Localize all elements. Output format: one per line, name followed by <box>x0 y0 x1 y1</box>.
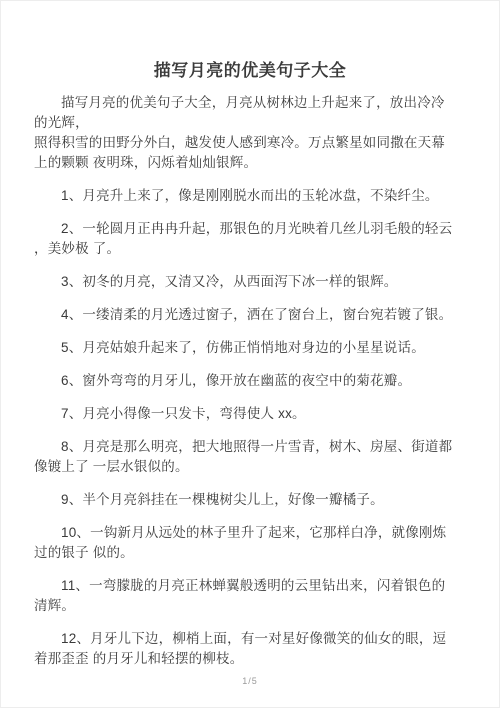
page-number-indicator: 1/5 <box>0 676 500 686</box>
text-line: 5、月亮姑娘升起来了，仿佛正悄悄地对身边的小星星说话。 <box>34 338 470 358</box>
text-line: 4、一缕清柔的月光透过窗子，洒在了窗台上，窗台宛若镀了银。 <box>34 305 470 325</box>
text-line: 12、月牙儿下边，柳梢上面，有一对星好像微笑的仙女的眼，逗 <box>34 629 470 649</box>
text-line: 3、初冬的月亮，又清又冷，从西面泻下冰一样的银辉。 <box>34 272 470 292</box>
text-line: 11、一弯朦胧的月亮正林蝉翼般透明的云里钻出来，闪着银色的 <box>34 576 470 596</box>
paragraph: 2、一轮圆月正冉冉升起，那银色的月光映着几丝儿羽毛般的轻云，美妙极 了。 <box>34 219 470 259</box>
paragraph: 8、月亮是那么明亮，把大地照得一片雪青，树木、房屋、街道都像镀上了 一层水银似的… <box>34 437 470 477</box>
text-line: 2、一轮圆月正冉冉升起，那银色的月光映着几丝儿羽毛般的轻云 <box>34 219 470 239</box>
paragraph: 6、窗外弯弯的月牙儿，像开放在幽蓝的夜空中的菊花瓣。 <box>34 371 470 391</box>
text-line: 着那歪歪 的月牙儿和轻摆的柳枝。 <box>34 649 470 669</box>
text-line: ，美妙极 了。 <box>34 239 470 259</box>
page-title: 描写月亮的优美句子大全 <box>0 0 500 81</box>
text-line: 9、半个月亮斜挂在一棵槐树尖儿上，好像一瓣橘子。 <box>34 490 470 510</box>
document-page: 描写月亮的优美句子大全 描写月亮的优美句子大全，月亮从树林边上升起来了，放出冷冷… <box>0 0 500 708</box>
paragraph: 描写月亮的优美句子大全，月亮从树林边上升起来了，放出冷冷的光辉，照得积雪的田野分… <box>34 93 470 173</box>
text-line: 6、窗外弯弯的月牙儿，像开放在幽蓝的夜空中的菊花瓣。 <box>34 371 470 391</box>
text-line: 清辉。 <box>34 596 470 616</box>
text-line: 像镀上了 一层水银似的。 <box>34 457 470 477</box>
text-line: 10、一钩新月从远处的林子里升了起来，它那样白净，就像刚炼 <box>34 523 470 543</box>
paragraph: 11、一弯朦胧的月亮正林蝉翼般透明的云里钻出来，闪着银色的清辉。 <box>34 576 470 616</box>
paragraph: 12、月牙儿下边，柳梢上面，有一对星好像微笑的仙女的眼，逗着那歪歪 的月牙儿和轻… <box>34 629 470 669</box>
paragraph: 7、月亮小得像一只发卡，弯得使人 xx。 <box>34 404 470 424</box>
text-line: 7、月亮小得像一只发卡，弯得使人 xx。 <box>34 404 470 424</box>
paragraph: 10、一钩新月从远处的林子里升了起来，它那样白净，就像刚炼过的银子 似的。 <box>34 523 470 563</box>
text-line: 过的银子 似的。 <box>34 543 470 563</box>
text-line: 描写月亮的优美句子大全，月亮从树林边上升起来了，放出冷冷 <box>34 93 470 113</box>
document-body: 描写月亮的优美句子大全，月亮从树林边上升起来了，放出冷冷的光辉，照得积雪的田野分… <box>0 81 500 669</box>
text-line: 的光辉， <box>34 113 470 133</box>
text-line: 照得积雪的田野分外白，越发使人感到寒冷。万点繁星如同撒在天幕 <box>34 133 470 153</box>
paragraph: 4、一缕清柔的月光透过窗子，洒在了窗台上，窗台宛若镀了银。 <box>34 305 470 325</box>
text-line: 8、月亮是那么明亮，把大地照得一片雪青，树木、房屋、街道都 <box>34 437 470 457</box>
paragraph: 5、月亮姑娘升起来了，仿佛正悄悄地对身边的小星星说话。 <box>34 338 470 358</box>
paragraph: 1、月亮升上来了，像是刚刚脱水而出的玉轮冰盘，不染纤尘。 <box>34 186 470 206</box>
text-line: 1、月亮升上来了，像是刚刚脱水而出的玉轮冰盘，不染纤尘。 <box>34 186 470 206</box>
paragraph: 3、初冬的月亮，又清又冷，从西面泻下冰一样的银辉。 <box>34 272 470 292</box>
paragraph: 9、半个月亮斜挂在一棵槐树尖儿上，好像一瓣橘子。 <box>34 490 470 510</box>
text-line: 上的颗颗 夜明珠，闪烁着灿灿银辉。 <box>34 153 470 173</box>
